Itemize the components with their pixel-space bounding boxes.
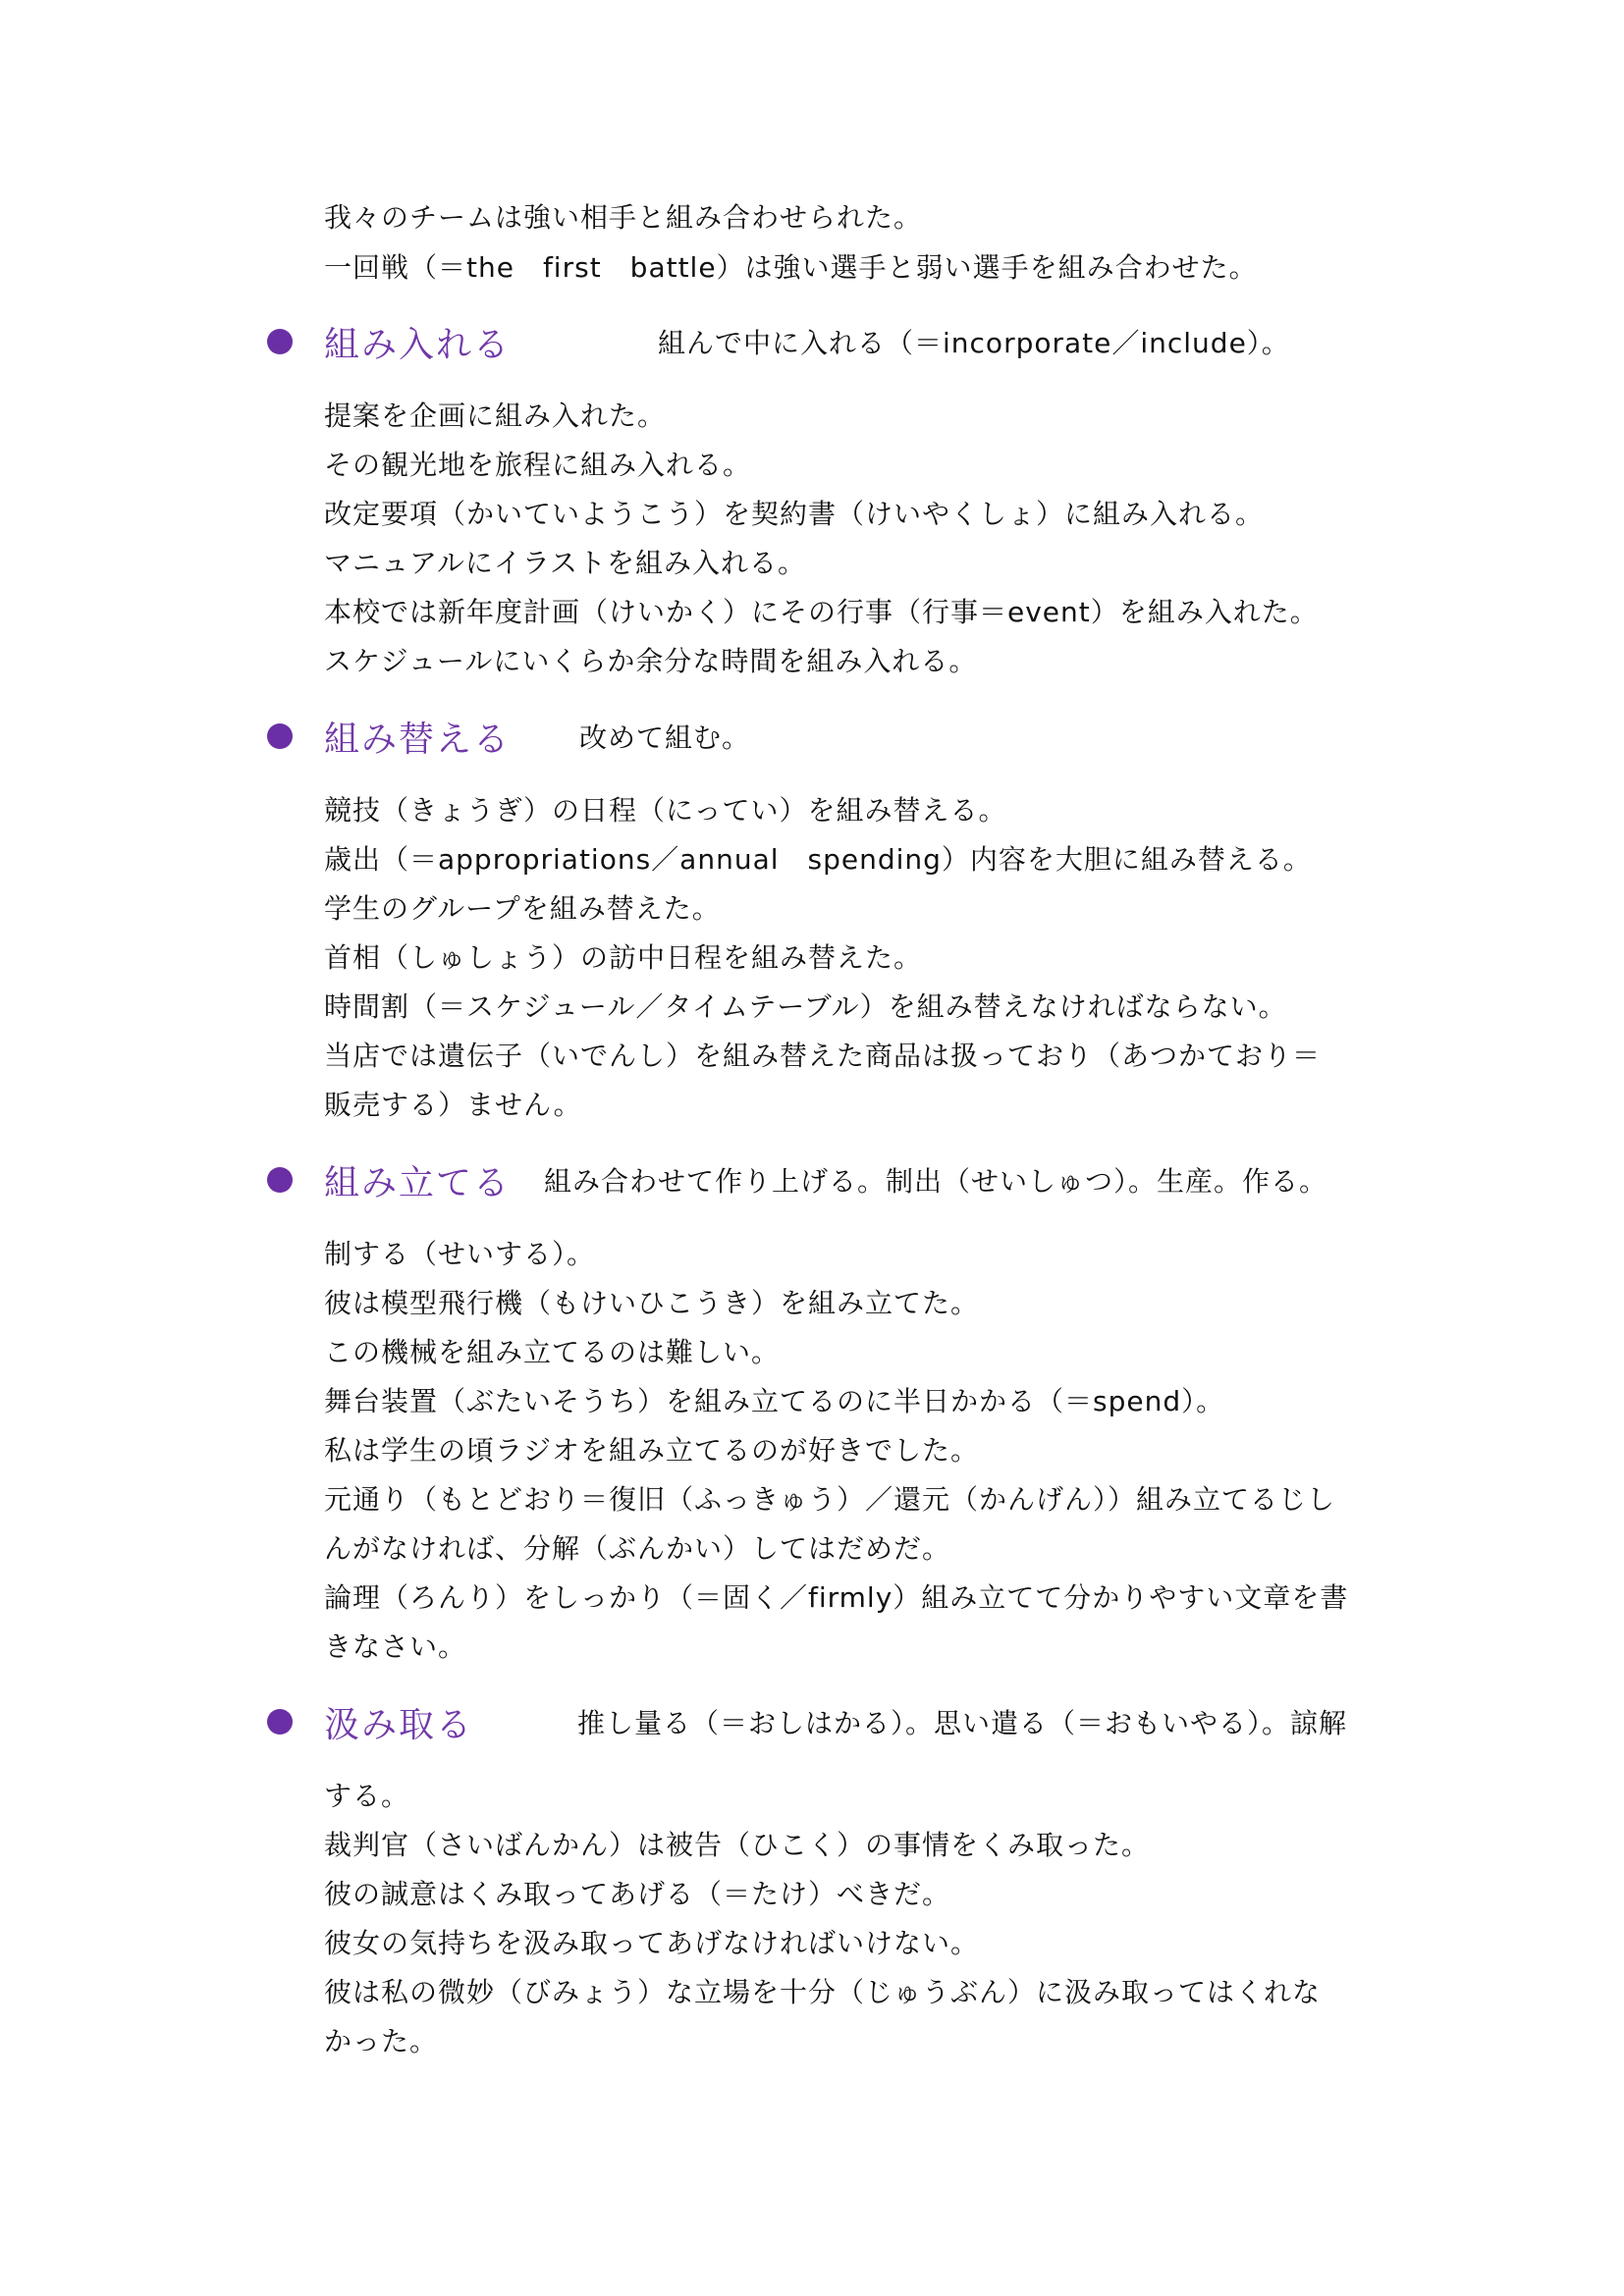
document-page: 我々のチームは強い相手と組み合わせられた。 一回戦（＝the first bat… bbox=[0, 0, 1624, 2296]
example-line: 時間割（＝スケジュール／タイムテーブル）を組み替えなければならない。 bbox=[324, 989, 1287, 1025]
bullet-icon bbox=[267, 723, 293, 749]
entry-definition: 組み合わせて作り上げる。制出（せいしゅつ）。生産。作る。 bbox=[544, 1160, 1327, 1200]
example-line: 彼は模型飛行機（もけいひこうき）を組み立てた。 bbox=[324, 1286, 979, 1321]
example-line: 一回戦（＝the first battle）は強い選手と弱い選手を組み合わせた。 bbox=[324, 250, 1258, 286]
entry-heading: 組み入れる 組んで中に入れる（＝incorporate／include）。 bbox=[267, 320, 1290, 363]
example-line: 改定要項（かいていようこう）を契約書（けいやくしょ）に組み入れる。 bbox=[324, 497, 1264, 532]
bullet-icon bbox=[267, 1167, 293, 1193]
entry-term: 組み入れる bbox=[324, 317, 511, 367]
example-line: 販売する）ません。 bbox=[324, 1088, 582, 1123]
example-line: マニュアルにイラストを組み入れる。 bbox=[324, 546, 806, 581]
entry-definition: 組んで中に入れる（＝incorporate／include）。 bbox=[658, 322, 1290, 361]
entry-heading: 組み替える 改めて組む。 bbox=[267, 715, 750, 758]
entry-definition: 改めて組む。 bbox=[579, 717, 750, 756]
example-line: 我々のチームは強い相手と組み合わせられた。 bbox=[324, 200, 922, 236]
example-line: 元通り（もとどおり＝復旧（ふっきゅう）／還元（かんげん））組み立てるじし bbox=[324, 1482, 1335, 1518]
bullet-icon bbox=[267, 329, 293, 354]
entry-definition: 推し量る（＝おしはかる）。思い遣る（＝おもいやる）。諒解 bbox=[577, 1702, 1347, 1741]
example-line: 歳出（＝appropriations／annual spending）内容を大胆… bbox=[324, 842, 1312, 878]
example-line: 制する（せいする）。 bbox=[324, 1237, 595, 1272]
entry-heading: 組み立てる 組み合わせて作り上げる。制出（せいしゅつ）。生産。作る。 bbox=[267, 1158, 1327, 1201]
example-line: かった。 bbox=[324, 2024, 438, 2059]
example-line: その観光地を旅程に組み入れる。 bbox=[324, 448, 751, 483]
example-line: この機械を組み立てるのは難しい。 bbox=[324, 1335, 780, 1370]
example-line: する。 bbox=[324, 1779, 409, 1814]
example-line: 彼女の気持ちを汲み取ってあげなければいけない。 bbox=[324, 1926, 979, 1961]
example-line: 論理（ろんり）をしっかり（＝固く／firmly）組み立てて分かりやすい文章を書 bbox=[324, 1580, 1348, 1616]
entry-term: 組み立てる bbox=[324, 1155, 511, 1205]
example-line: 裁判官（さいばんかん）は被告（ひこく）の事情をくみ取った。 bbox=[324, 1828, 1150, 1863]
example-line: んがなければ、分解（ぶんかい）してはだめだ。 bbox=[324, 1531, 950, 1567]
example-line: 当店では遺伝子（いでんし）を組み替えた商品は扱っており（あつかており＝ bbox=[324, 1039, 1321, 1074]
example-line: 彼の誠意はくみ取ってあげる（＝たけ）べきだ。 bbox=[324, 1877, 950, 1912]
example-line: 提案を企画に組み入れた。 bbox=[324, 399, 666, 434]
example-line: 学生のグループを組み替えた。 bbox=[324, 891, 721, 927]
example-line: きなさい。 bbox=[324, 1629, 466, 1665]
entry-term: 汲み取る bbox=[324, 1697, 473, 1747]
example-line: 本校では新年度計画（けいかく）にその行事（行事＝event）を組み入れた。 bbox=[324, 595, 1319, 630]
example-line: 舞台装置（ぶたいそうち）を組み立てるのに半日かかる（＝spend）。 bbox=[324, 1384, 1224, 1419]
entry-heading: 汲み取る 推し量る（＝おしはかる）。思い遣る（＝おもいやる）。諒解 bbox=[267, 1700, 1347, 1743]
example-line: 私は学生の頃ラジオを組み立てるのが好きでした。 bbox=[324, 1433, 979, 1468]
example-line: 首相（しゅしょう）の訪中日程を組み替えた。 bbox=[324, 940, 922, 976]
example-line: 彼は私の微妙（びみょう）な立場を十分（じゅうぶん）に汲み取ってはくれな bbox=[324, 1975, 1321, 2010]
example-line: スケジュールにいくらか余分な時間を組み入れる。 bbox=[324, 644, 977, 679]
example-line: 競技（きょうぎ）の日程（にってい）を組み替える。 bbox=[324, 793, 1006, 828]
bullet-icon bbox=[267, 1709, 293, 1735]
entry-term: 組み替える bbox=[324, 712, 511, 762]
